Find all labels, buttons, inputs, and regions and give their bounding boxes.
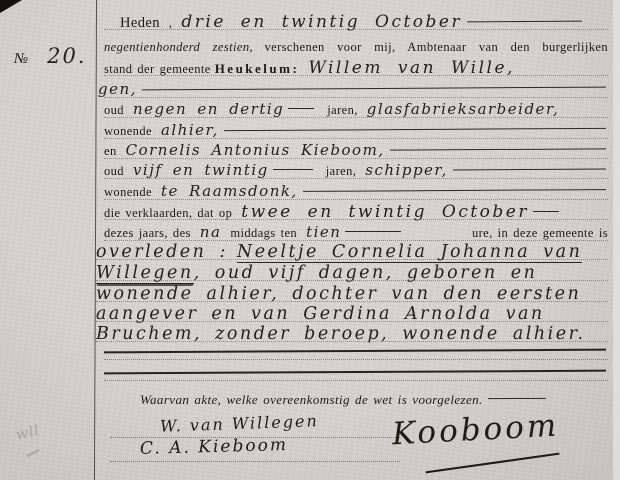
death-hour-handwritten: tien [306, 223, 341, 241]
row-overleden: overleden : Neeltje Cornelia Johanna van [96, 242, 608, 263]
blank-dotted-rule [104, 359, 608, 360]
row-declarant1-age: oud negen en dertig jaren, glasfabrieksa… [104, 100, 608, 121]
row-declarant1-residence: wonende alhier, [104, 121, 608, 142]
declarant1-age-handwritten: negen en dertig [133, 100, 284, 118]
blank-line-strike [104, 370, 606, 375]
margin-separator-line [94, 0, 97, 480]
signature-declarant2: C. A. Kieboom [140, 435, 288, 459]
gemeente-name: Heukelum: [215, 61, 300, 77]
row-date: Heden , drie en twintig October [104, 12, 608, 33]
deceased-name-part1: Neeltje Cornelia Johanna van [237, 242, 583, 263]
declarant2-name-handwritten: Cornelis Antonius Kieboom, [126, 141, 385, 159]
row-deceased-line2: Willegen , oud vijf dagen, geboren en [96, 263, 608, 284]
year-text-rest: verschenen voor mij, Ambtenaar van den b… [264, 40, 608, 54]
row-deceased-line5: Bruchem, zonder beroep, wonende alhier. [96, 324, 608, 345]
blank-dotted-rule [104, 380, 608, 381]
deceased-name-part2: Willegen [96, 263, 194, 284]
signature-registrar-flourish [426, 453, 560, 474]
row-declarant2-age: oud vijf en twintig jaren, schipper, [104, 161, 608, 182]
act-date-handwritten: drie en twintig October [181, 12, 462, 32]
row-deceased-line3: wonende alhier, dochter van den eersten [96, 284, 608, 305]
row-death-date: die verklaarden, dat op twee en twintig … [104, 202, 608, 223]
act-number: № 20. [14, 44, 92, 68]
row-declarant2-residence: wonende te Raamsdonk, [104, 182, 608, 203]
act-number-label: № [14, 51, 29, 67]
declarant1-occupation-handwritten: glasfabrieksarbeider, [367, 100, 559, 118]
wonende-label: wonende [104, 124, 152, 139]
wonende-label: wonende [104, 185, 152, 200]
death-date-handwritten: twee en twintig October [241, 202, 529, 222]
daypart-handwritten: na [200, 223, 222, 241]
en-label: en [104, 144, 117, 159]
year-text-italic: negentienhonderd zestien, [104, 40, 253, 54]
declarant1-name-cont: gen, [98, 80, 137, 98]
dezes-label: dezes jaars, des [104, 226, 191, 241]
death-certificate-scan: № 20. wll Heden , drie en twintig Octobe… [0, 0, 620, 480]
closing-text: Waarvan akte, welke overeenkomstig de we… [140, 392, 483, 408]
declarant2-residence-handwritten: te Raamsdonk, [161, 182, 298, 200]
deceased-line5: Bruchem, zonder beroep, wonende alhier. [96, 324, 586, 344]
ure-label: ure, in deze gemeente is [472, 226, 608, 241]
declarant2-age-handwritten: vijf en twintig [133, 161, 269, 179]
row-declarant2-name: en Cornelis Antonius Kieboom, [104, 141, 608, 162]
stand-label: stand der gemeente [104, 62, 211, 77]
declarant2-occupation-handwritten: schipper, [365, 161, 447, 179]
declared-label: die verklaarden, dat op [104, 206, 232, 221]
overleden-handwritten: overleden : [96, 242, 228, 262]
row-year: negentienhonderd zestien, verschenen voo… [104, 38, 608, 59]
signature-registrar: Kooboom [391, 408, 560, 453]
declarant1-name-handwritten: Willem van Wille, [308, 58, 515, 78]
page-corner-shadow [0, 0, 22, 13]
deceased-line2-rest: , oud vijf dagen, geboren en [194, 263, 538, 283]
row-death-hour: dezes jaars, des na middags ten tien ure… [104, 223, 608, 244]
deceased-line4: aangever en van Gerdina Arnolda van [96, 304, 545, 324]
heden-label: Heden [120, 15, 160, 32]
act-number-value: 20. [47, 44, 86, 68]
middags-label: middags ten [230, 226, 297, 241]
scan-edge-strip [613, 0, 620, 480]
row-gemeente: stand der gemeente Heukelum: Willem van … [104, 58, 608, 79]
jaren-label: jaren, [326, 164, 357, 179]
jaren-label: jaren, [327, 103, 358, 118]
blank-line-strike [104, 349, 606, 354]
pencil-annotation: wll [15, 423, 42, 444]
pencil-stroke [26, 449, 39, 457]
signature-declarant1: W. van Willegen [160, 411, 319, 436]
oud-label: oud [104, 164, 124, 179]
row-deceased-line4: aangever en van Gerdina Arnolda van [96, 304, 608, 325]
oud-label: oud [104, 103, 124, 118]
heden-comma: , [169, 16, 173, 31]
deceased-line3: wonende alhier, dochter van den eersten [96, 284, 581, 304]
declarant1-residence-handwritten: alhier, [161, 121, 219, 139]
signature-dotline [110, 461, 400, 462]
row-name-continuation: gen, [104, 80, 608, 101]
